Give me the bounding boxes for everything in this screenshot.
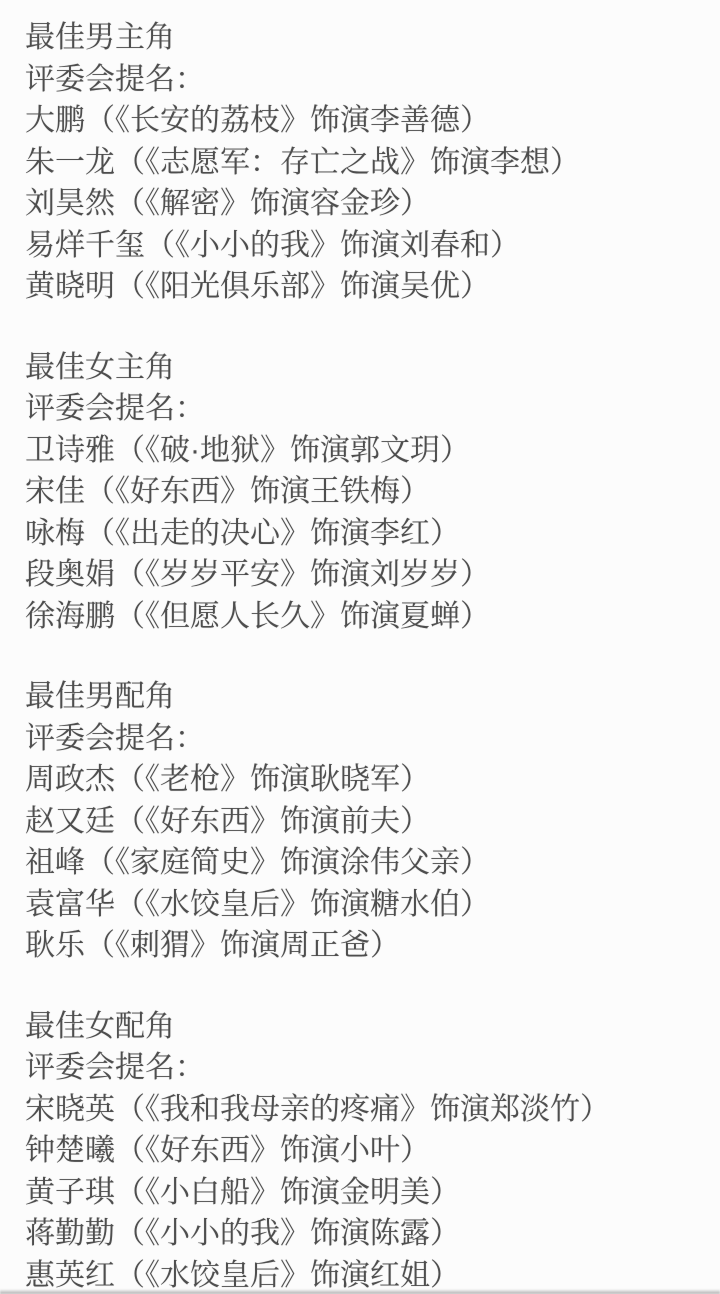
section-best-supporting-actress: 最佳女配角 评委会提名： 宋晓英（《我和我母亲的疼痛》饰演郑淡竹） 钟楚曦（《好… (25, 1006, 714, 1294)
section-best-actress: 最佳女主角 评委会提名： 卫诗雅（《破·地狱》饰演郭文玥） 宋佳（《好东西》饰演… (25, 347, 714, 638)
nominee-line: 咏梅（《出走的决心》饰演李红） (25, 513, 714, 555)
nominee-line: 宋晓英（《我和我母亲的疼痛》饰演郑淡竹） (25, 1089, 714, 1131)
section-subtitle: 评委会提名： (25, 718, 714, 760)
nominee-line: 宋佳（《好东西》饰演王铁梅） (25, 471, 714, 513)
section-subtitle: 评委会提名： (25, 388, 714, 430)
nominee-line: 大鹏（《长安的荔枝》饰演李善德） (25, 100, 714, 142)
nominee-line: 黄子琪（《小白船》饰演金明美） (25, 1172, 714, 1214)
nominee-line: 易烊千玺（《小小的我》饰演刘春和） (25, 225, 714, 267)
section-best-actor: 最佳男主角 评委会提名： 大鹏（《长安的荔枝》饰演李善德） 朱一龙（《志愿军：存… (25, 17, 714, 308)
nominee-line: 袁富华（《水饺皇后》饰演糖水伯） (25, 884, 714, 926)
section-title: 最佳女主角 (25, 347, 714, 389)
nominee-line: 周政杰（《老枪》饰演耿晓军） (25, 759, 714, 801)
award-nominations-document: 最佳男主角 评委会提名： 大鹏（《长安的荔枝》饰演李善德） 朱一龙（《志愿军：存… (0, 0, 720, 1294)
nominee-line: 耿乐（《刺猬》饰演周正爸） (25, 925, 714, 967)
section-best-supporting-actor: 最佳男配角 评委会提名： 周政杰（《老枪》饰演耿晓军） 赵又廷（《好东西》饰演前… (25, 676, 714, 967)
nominee-line: 徐海鹏（《但愿人长久》饰演夏蝉） (25, 596, 714, 638)
section-title: 最佳男主角 (25, 17, 714, 59)
nominee-line: 钟楚曦（《好东西》饰演小叶） (25, 1130, 714, 1172)
nominee-line: 赵又廷（《好东西》饰演前夫） (25, 801, 714, 843)
nominee-line: 蒋勤勤（《小小的我》饰演陈露） (25, 1213, 714, 1255)
section-title: 最佳女配角 (25, 1006, 714, 1048)
nominee-line: 黄晓明（《阳光俱乐部》饰演吴优） (25, 266, 714, 308)
nominee-line: 段奥娟（《岁岁平安》饰演刘岁岁） (25, 554, 714, 596)
nominee-line: 刘昊然（《解密》饰演容金珍） (25, 183, 714, 225)
section-title: 最佳男配角 (25, 676, 714, 718)
nominee-line: 朱一龙（《志愿军：存亡之战》饰演李想） (25, 142, 714, 184)
cropped-next-line-edge (0, 1289, 720, 1294)
section-subtitle: 评委会提名： (25, 1047, 714, 1089)
section-subtitle: 评委会提名： (25, 59, 714, 101)
nominee-line: 卫诗雅（《破·地狱》饰演郭文玥） (25, 430, 714, 472)
nominee-line: 祖峰（《家庭简史》饰演涂伟父亲） (25, 842, 714, 884)
